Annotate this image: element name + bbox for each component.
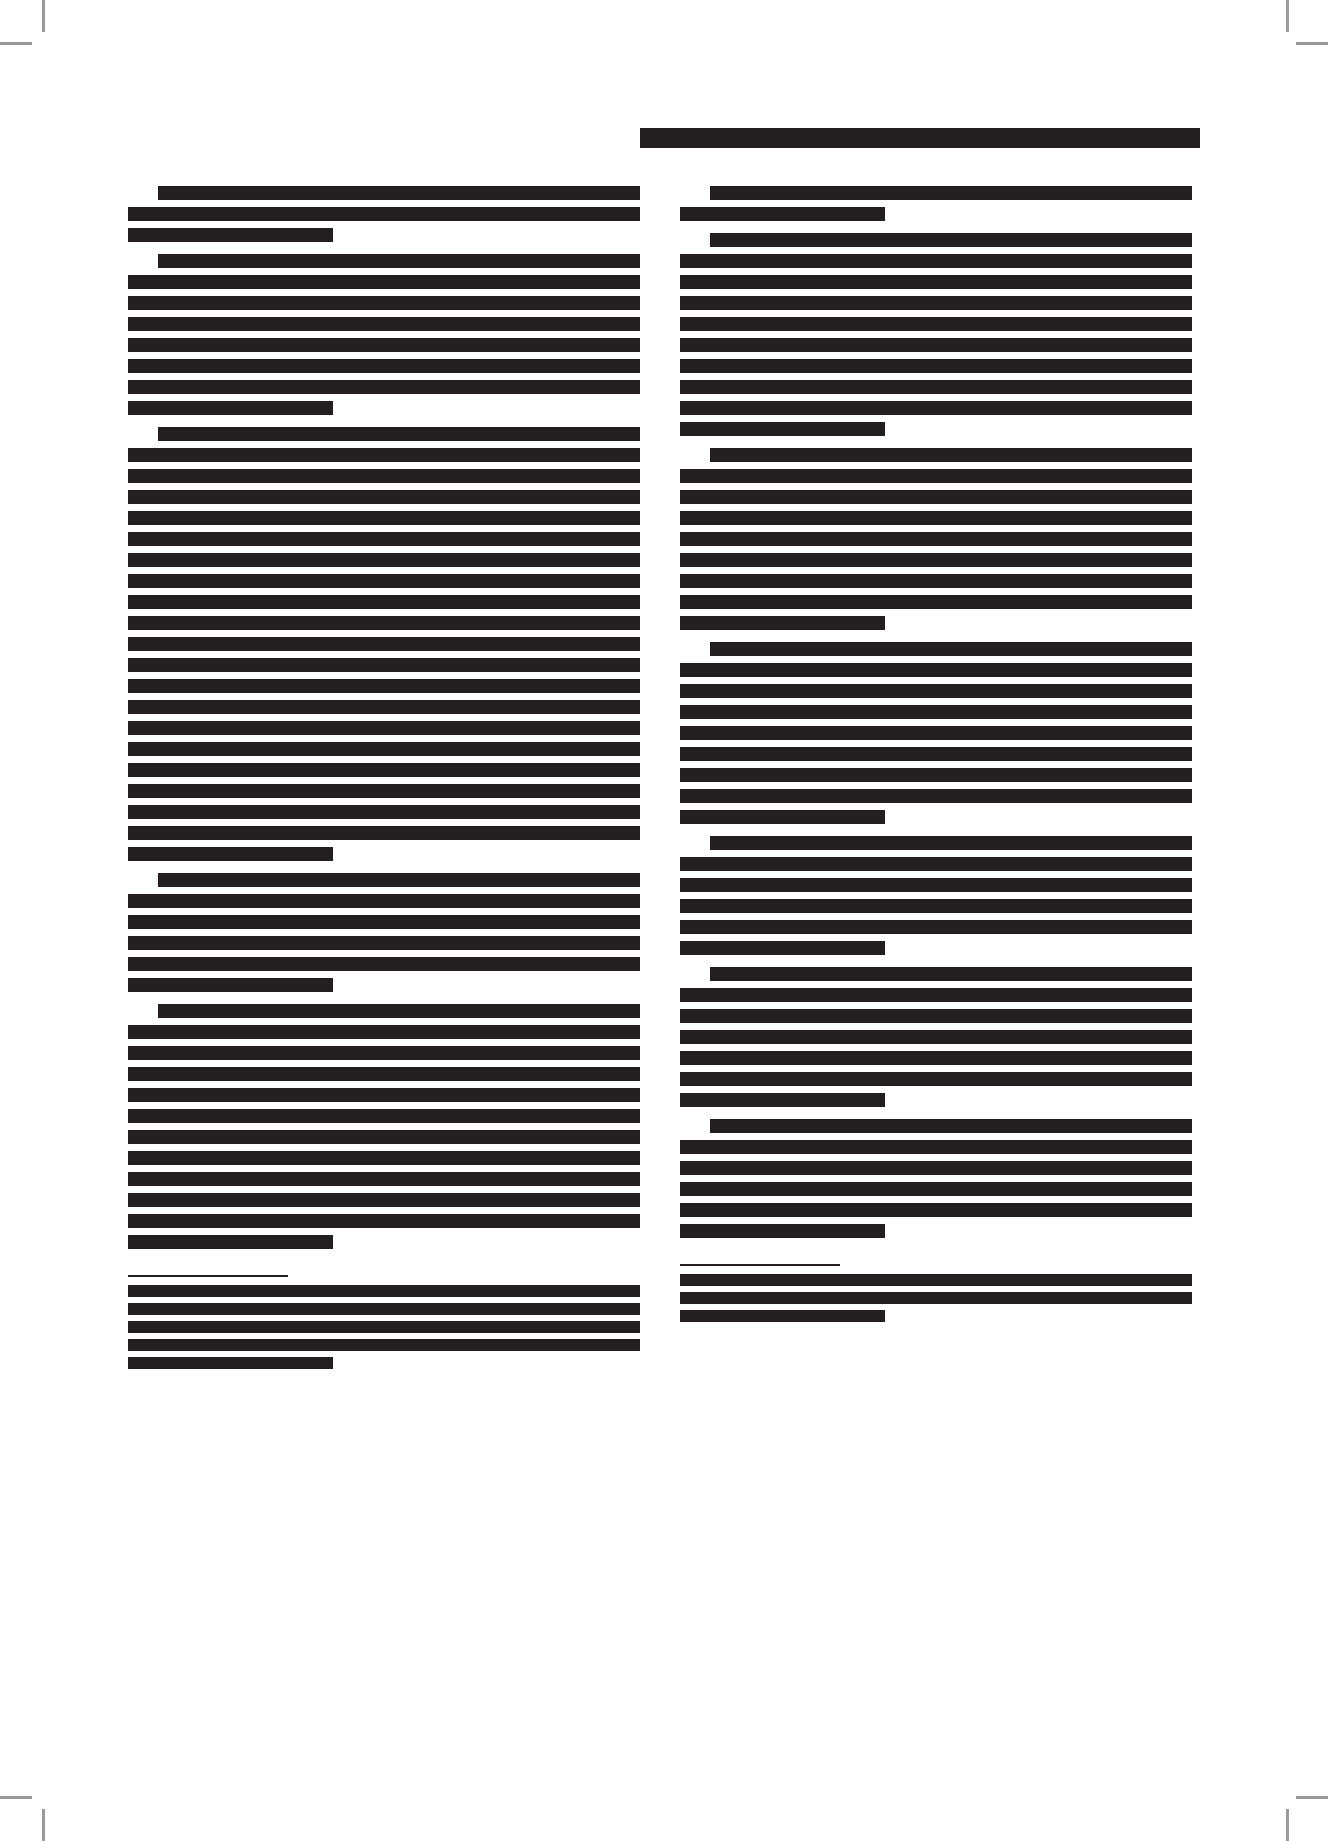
text-line — [128, 574, 640, 588]
text-line — [128, 275, 640, 289]
footnotes — [680, 1274, 1192, 1322]
footnote-rule — [680, 1264, 840, 1266]
footnote-rule — [128, 1275, 288, 1277]
text-line — [680, 789, 1192, 803]
paragraph — [128, 1004, 640, 1249]
text-line — [680, 380, 1192, 394]
text-line — [680, 317, 1192, 331]
paragraph — [128, 254, 640, 415]
text-line — [128, 490, 640, 504]
footnote-line — [128, 1357, 333, 1369]
text-line — [680, 1093, 885, 1107]
text-line — [680, 857, 1192, 871]
text-line — [128, 637, 640, 651]
text-line — [128, 978, 333, 992]
text-line — [710, 233, 1192, 247]
text-line — [680, 296, 1192, 310]
text-line — [710, 836, 1192, 850]
crop-mark-br-v — [1286, 1809, 1289, 1841]
text-line — [128, 1067, 640, 1081]
text-line — [710, 448, 1192, 462]
text-line — [680, 1203, 1192, 1217]
text-line — [680, 401, 1192, 415]
running-header — [640, 128, 1200, 148]
text-line — [158, 254, 640, 268]
text-line — [680, 1030, 1192, 1044]
crop-mark-br-h — [1296, 1796, 1328, 1799]
text-line — [680, 490, 1192, 504]
text-line — [680, 511, 1192, 525]
text-line — [128, 380, 640, 394]
text-line — [128, 1025, 640, 1039]
text-line — [680, 469, 1192, 483]
paragraph — [680, 836, 1192, 955]
text-line — [128, 1193, 640, 1207]
text-line — [128, 338, 640, 352]
text-line — [128, 700, 640, 714]
text-line — [128, 359, 640, 373]
text-line — [128, 296, 640, 310]
text-line — [128, 721, 640, 735]
text-line — [710, 1119, 1192, 1133]
paragraph — [680, 186, 1192, 221]
text-line — [128, 936, 640, 950]
text-line — [680, 1009, 1192, 1023]
text-line — [128, 658, 640, 672]
footnote-line — [128, 1339, 640, 1351]
text-line — [680, 941, 885, 955]
text-line — [128, 401, 333, 415]
crop-mark-tl-h — [0, 42, 32, 45]
text-line — [680, 705, 1192, 719]
text-line — [710, 967, 1192, 981]
text-line — [128, 742, 640, 756]
footnotes — [128, 1285, 640, 1369]
text-line — [128, 805, 640, 819]
text-line — [710, 642, 1192, 656]
text-line — [680, 275, 1192, 289]
text-line — [680, 553, 1192, 567]
text-line — [680, 684, 1192, 698]
text-line — [128, 595, 640, 609]
text-line — [680, 988, 1192, 1002]
text-line — [128, 894, 640, 908]
text-line — [128, 1214, 640, 1228]
text-line — [128, 1172, 640, 1186]
text-line — [680, 920, 1192, 934]
left-column — [128, 186, 640, 1375]
text-line — [680, 1161, 1192, 1175]
paragraph — [680, 967, 1192, 1107]
paragraph — [128, 186, 640, 242]
text-line — [680, 359, 1192, 373]
text-line — [128, 1151, 640, 1165]
text-line — [158, 186, 640, 200]
text-line — [128, 915, 640, 929]
footnote-line — [680, 1292, 1192, 1304]
text-line — [158, 873, 640, 887]
text-line — [680, 810, 885, 824]
paragraph — [680, 233, 1192, 436]
paragraph — [128, 873, 640, 992]
text-line — [680, 338, 1192, 352]
footnote-line — [680, 1274, 1192, 1286]
text-line — [680, 254, 1192, 268]
text-line — [128, 317, 640, 331]
text-line — [680, 532, 1192, 546]
text-line — [680, 1140, 1192, 1154]
text-line — [128, 448, 640, 462]
text-line — [680, 422, 885, 436]
text-line — [128, 763, 640, 777]
text-line — [680, 1072, 1192, 1086]
text-line — [128, 511, 640, 525]
text-line — [158, 1004, 640, 1018]
text-line — [128, 1235, 333, 1249]
paragraph — [680, 448, 1192, 630]
text-line — [128, 679, 640, 693]
text-line — [128, 207, 640, 221]
text-line — [128, 469, 640, 483]
text-line — [680, 878, 1192, 892]
text-line — [680, 899, 1192, 913]
text-line — [128, 784, 640, 798]
footnote-line — [128, 1321, 640, 1333]
text-line — [128, 826, 640, 840]
right-column — [680, 186, 1192, 1328]
text-line — [680, 726, 1192, 740]
crop-mark-bl-v — [42, 1809, 45, 1841]
text-line — [680, 747, 1192, 761]
footnote-line — [680, 1310, 885, 1322]
text-line — [680, 768, 1192, 782]
crop-mark-bl-h — [0, 1796, 32, 1799]
paragraph — [680, 1119, 1192, 1238]
text-line — [158, 427, 640, 441]
text-line — [680, 1051, 1192, 1065]
text-line — [128, 1109, 640, 1123]
text-line — [128, 1130, 640, 1144]
text-line — [128, 1046, 640, 1060]
text-line — [680, 663, 1192, 677]
crop-mark-tr-h — [1296, 42, 1328, 45]
text-line — [680, 616, 885, 630]
text-line — [128, 553, 640, 567]
text-line — [128, 1088, 640, 1102]
text-line — [680, 207, 885, 221]
text-line — [680, 574, 1192, 588]
text-line — [128, 847, 333, 861]
paragraph — [680, 642, 1192, 824]
crop-mark-tl-v — [42, 0, 45, 32]
footnote-line — [128, 1303, 640, 1315]
footnote-line — [128, 1285, 640, 1297]
text-line — [128, 228, 333, 242]
text-line — [128, 616, 640, 630]
text-line — [680, 1224, 885, 1238]
text-line — [680, 1182, 1192, 1196]
text-line — [710, 186, 1192, 200]
text-line — [128, 532, 640, 546]
text-line — [128, 957, 640, 971]
text-line — [680, 595, 1192, 609]
crop-mark-tr-v — [1286, 0, 1289, 32]
paragraph — [128, 427, 640, 861]
